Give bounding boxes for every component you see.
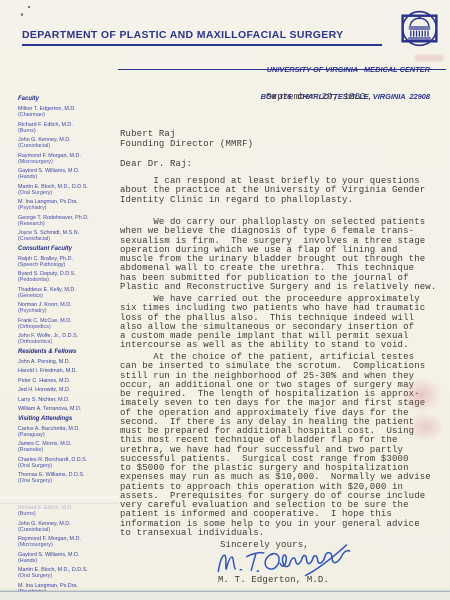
faculty-entry: Ralph C. Bralley, Ph.D. (Speech Patholog… — [18, 256, 120, 268]
faculty-entry: Harold I. Friedman, M.D. — [18, 368, 120, 374]
paragraph-4: At the choice of the patient, artificial… — [120, 353, 448, 538]
faculty-specialty: (Psychiatry) — [18, 205, 120, 211]
faculty-entry: Charles R. Borchardt, D.D.S. (Oral Surge… — [18, 457, 120, 469]
faculty-entry: Martin E. Bloch, M.D., D.D.S. (Oral Surg… — [18, 184, 120, 196]
faculty-entry: John F. Wolfe, Jr., D.D.S. (Orthodontics… — [18, 333, 120, 345]
faculty-entry: Richard F. Edlich, M.D. (Burns) — [18, 505, 120, 517]
visiting-list: Carlos A. Bacchetta, M.D. (Paraguay) Jam… — [18, 426, 120, 485]
faculty-specialty: (Speech Pathology) — [18, 262, 120, 268]
ink-bleed-ghost — [414, 55, 444, 61]
paragraph-1: I can respond at least briefly to your q… — [120, 177, 448, 205]
residents-list: John A. Persing, M.D. Harold I. Friedman… — [18, 359, 120, 413]
section-title: Faculty — [18, 96, 120, 103]
uva-rotunda-logo-icon — [397, 8, 442, 49]
ink-bleed-ghost — [407, 412, 444, 442]
faculty-list: Milton T. Edgerton, M.D. (Chairman) Rich… — [18, 106, 120, 242]
faculty-entry: Milton T. Edgerton, M.D. (Chairman) — [18, 106, 120, 118]
faculty-specialty: (Burns) — [18, 128, 120, 134]
sidebar-section-residents-fellows: Residents & Fellows John A. Persing, M.D… — [18, 349, 120, 413]
faculty-entry: James C. Morris, M.D. (Roanoke) — [18, 441, 120, 453]
recipient-block: Rubert Raj Founding Director (MMRF) — [120, 130, 253, 149]
faculty-sidebar: Faculty Milton T. Edgerton, M.D. (Chairm… — [18, 95, 120, 488]
faculty-specialty: (Oral Surgery) — [18, 190, 120, 196]
faculty-entry: John A. Persing, M.D. — [18, 359, 120, 365]
sidebar-section-faculty: Faculty Milton T. Edgerton, M.D. (Chairm… — [18, 96, 120, 242]
faculty-specialty: (Chairman) — [18, 112, 120, 118]
faculty-entry: Jed H. Horowitz, M.D. — [18, 387, 120, 393]
faculty-name: Larry S. Nichter, M.D. — [18, 397, 120, 403]
section-title: Consultant Faculty — [18, 246, 120, 253]
section-title: Residents & Fellows — [18, 349, 120, 356]
faculty-name: Peter C. Haines, M.D. — [18, 378, 120, 384]
faculty-entry: Joyce S. Schmidt, M.S.N. (Craniofacial) — [18, 230, 120, 242]
paragraph-3: We have carried out the proceedure appro… — [120, 295, 448, 351]
salutation: Dear Dr. Raj: — [120, 159, 192, 169]
faculty-entry: Carlos A. Bacchetta, M.D. (Paraguay) — [18, 426, 120, 438]
faculty-name-faded: Richard F. Edlich, M.D. — [18, 505, 120, 511]
faculty-name: John A. Persing, M.D. — [18, 359, 120, 365]
sidebar-section-consultant-faculty: Consultant Faculty Ralph C. Bralley, Ph.… — [18, 246, 120, 346]
bottom-page-edge — [0, 591, 450, 600]
recipient-title: Founding Director (MMRF) — [120, 140, 253, 150]
faculty-specialty: (Microsurgery) — [18, 159, 120, 165]
faculty-specialty: (Oral Surgery) — [18, 463, 120, 469]
consultant-list: Ralph C. Bralley, Ph.D. (Speech Patholog… — [18, 256, 120, 346]
paragraph-2: We do carry our phalloplasty on selected… — [120, 218, 448, 292]
faculty-entry: Larry S. Nichter, M.D. — [18, 397, 120, 403]
faculty-entry: George T. Rodeheaver, Ph.D. (Research) — [18, 215, 120, 227]
faculty-name: William A. Terranova, M.D. — [18, 406, 120, 412]
faculty-list-page2: John G. Kenney, M.D. (Craniofacial) Raym… — [18, 521, 120, 595]
faculty-specialty: (Craniofacial) — [18, 143, 120, 149]
faculty-specialty: (Oral Surgery) — [18, 478, 120, 484]
faculty-specialty: (Paraguay) — [18, 432, 120, 438]
faculty-entry: Gaylord S. Williams, M.D. (Hands) — [18, 168, 120, 180]
page-overlap-seam — [0, 496, 118, 504]
letterhead-rule — [22, 44, 382, 46]
faculty-entry: John G. Kenney, M.D. (Craniofacial) — [18, 521, 120, 533]
scan-speck — [21, 13, 23, 16]
institution-block: UNIVERSITY OF VIRGINIA MEDICAL CENTER BO… — [261, 47, 430, 119]
faculty-specialty: (Craniofacial) — [18, 527, 120, 533]
faculty-sidebar-page2: Richard F. Edlich, M.D. (Burns) John G. … — [18, 505, 120, 597]
faculty-entry: Richard F. Edlich, M.D. (Burns) — [18, 122, 120, 134]
faculty-entry: Thomas E. Williams, D.D.S. (Oral Surgery… — [18, 472, 120, 484]
department-title: DEPARTMENT OF PLASTIC AND MAXILLOFACIAL … — [22, 29, 344, 41]
faculty-entry: William A. Terranova, M.D. — [18, 406, 120, 412]
faculty-entry: Byard S. Deputy, D.D.S. (Pedodontia) — [18, 271, 120, 283]
faculty-specialty: (Hands) — [18, 174, 120, 180]
faculty-specialty: (Oral Surgery) — [18, 573, 120, 579]
faculty-entry: Thaddeus E. Kelly, M.D. (Genetics) — [18, 287, 120, 299]
letter-date: September 29, 1983 — [266, 92, 366, 102]
faculty-entry: Raymond F. Morgan, M.D. (Microsurgery) — [18, 536, 120, 548]
faculty-specialty: (Research) — [18, 221, 120, 227]
section-title: Visiting Attendings — [18, 416, 120, 423]
faculty-specialty: (Burns) — [18, 511, 120, 517]
sidebar-section-visiting-attendings: Visiting Attendings Carlos A. Bacchetta,… — [18, 416, 120, 485]
faculty-specialty: (Microsurgery) — [18, 542, 120, 548]
faculty-specialty: (Pedodontia) — [18, 277, 120, 283]
letterhead-rule-2 — [118, 69, 446, 70]
faculty-entry: Martin E. Bloch, M.D., D.D.S. (Oral Surg… — [18, 567, 120, 579]
signature-typed: M. T. Edgerton, M.D. — [218, 575, 329, 585]
faculty-specialty: (Psychiatry) — [18, 308, 120, 314]
scanned-letter: DEPARTMENT OF PLASTIC AND MAXILLOFACIAL … — [0, 0, 450, 600]
scan-speck — [28, 6, 30, 8]
faculty-specialty: (Roanoke) — [18, 447, 120, 453]
faculty-name: Harold I. Friedman, M.D. — [18, 368, 120, 374]
faculty-entry: John G. Kenney, M.D. (Craniofacial) — [18, 137, 120, 149]
faculty-specialty: (Hands) — [18, 558, 120, 564]
faculty-entry: Raymond F. Morgan, M.D. (Microsurgery) — [18, 153, 120, 165]
faculty-entry: Frank C. McCue, M.D. (Orthopedics) — [18, 318, 120, 330]
faculty-entry: M. Ina Langman, Ps.Dra. (Psychiatry) — [18, 199, 120, 211]
faculty-entry: Peter C. Haines, M.D. — [18, 378, 120, 384]
faculty-specialty: (Genetics) — [18, 293, 120, 299]
ink-bleed-ghost — [400, 378, 442, 412]
faculty-entry: Gaylord S. Williams, M.D. (Hands) — [18, 552, 120, 564]
faculty-entry: Norman J. Knorr, M.D. (Psychiatry) — [18, 302, 120, 314]
faculty-specialty: (Orthopedics) — [18, 324, 120, 330]
faculty-specialty: (Orthodontics) — [18, 339, 120, 345]
faculty-name: Jed H. Horowitz, M.D. — [18, 387, 120, 393]
faculty-specialty: (Craniofacial) — [18, 236, 120, 242]
